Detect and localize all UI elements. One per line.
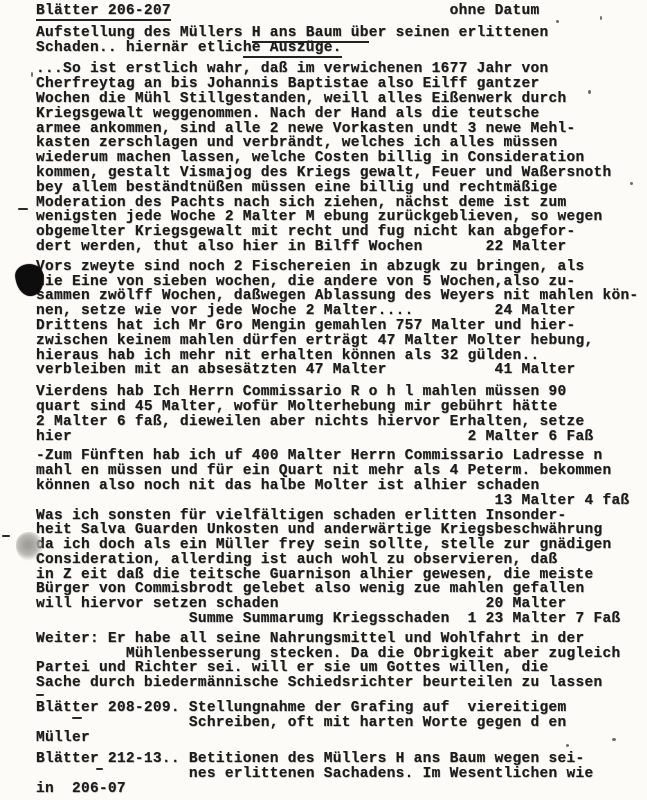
text-segment: dert werden, thut also hier in Bilff Woc… bbox=[36, 239, 567, 255]
text-segment: Schaden.. hiernär etlic bbox=[36, 40, 243, 56]
text-segment: ohne Datum bbox=[450, 3, 540, 19]
text-segment: heit Salva Guarden Unkosten und anderwär… bbox=[36, 522, 602, 538]
text-segment: Summe Summarumg Kriegsschaden 1 23 Malte… bbox=[36, 611, 620, 627]
text-segment: kasten zerschlagen und verbrändt, welche… bbox=[36, 135, 558, 151]
speck bbox=[566, 744, 569, 747]
document-line: obgemelter Kriegsgewalt mit recht und fu… bbox=[36, 225, 647, 240]
document-page: Blätter 206-207 ohne DatumAufstellung de… bbox=[0, 0, 647, 800]
text-segment: will hiervor setzen schaden 20 Malter bbox=[36, 596, 567, 612]
ink-smudge bbox=[16, 532, 43, 561]
document-line: sammen zwölff Wochen, daßwegen Ablassung… bbox=[36, 289, 647, 304]
text-segment bbox=[171, 3, 450, 19]
text-segment: nes erlittenen Sachadens. Im Wesentliche… bbox=[36, 766, 593, 782]
underlined-text: he Auszüge. bbox=[243, 40, 342, 58]
document-line: wiederum machen lassen, welche Costen bi… bbox=[36, 151, 647, 166]
text-segment: Weiter: Er habe all seine Nahrungsmittel… bbox=[36, 631, 584, 647]
document-line: nen, setze wie vor jede Woche 2 Malter..… bbox=[36, 304, 647, 319]
speck bbox=[31, 72, 33, 77]
document-line: in 206-07 bbox=[36, 782, 647, 797]
document-line: Müller bbox=[36, 731, 647, 746]
text-segment: 2 Malter 6 faß, dieweilen aber nichts hi… bbox=[36, 414, 584, 430]
text-segment: bey allem beständtnüßen müssen eine bill… bbox=[36, 180, 558, 196]
text-segment: Kriegsgewalt weggenommen. Nach der Hand … bbox=[36, 106, 540, 122]
text-segment: ...So ist erstlich wahr, daß im verwiche… bbox=[36, 61, 549, 77]
text-segment: Sache durch biedermännische Schiedsricht… bbox=[36, 675, 602, 691]
text-segment: mahl en müssen und für ein Quart nit meh… bbox=[36, 463, 611, 479]
document-line: Drittens hat ich Mr Gro Mengin gemahlen … bbox=[36, 319, 647, 334]
speck bbox=[556, 20, 559, 23]
document-line: 2 Malter 6 faß, dieweilen aber nichts hi… bbox=[36, 415, 647, 430]
document-line: Weiter: Er habe all seine Nahrungsmittel… bbox=[36, 632, 647, 647]
text-segment: hier 2 Malter 6 Faß bbox=[36, 429, 593, 445]
document-line: dert werden, thut also hier in Bilff Woc… bbox=[36, 240, 647, 255]
document-line: Vors zweyte sind noch 2 Fischereien in a… bbox=[36, 260, 647, 275]
stray-dash bbox=[2, 535, 10, 537]
text-segment: Drittens hat ich Mr Gro Mengin gemahlen … bbox=[36, 318, 576, 334]
document-line: zwischen keinem mahlen dürfen erträgt 47… bbox=[36, 334, 647, 349]
text-segment: Blätter 208-209. Stellungnahme der Grafi… bbox=[36, 700, 567, 716]
document-line: mahl en müssen und für ein Quart nit meh… bbox=[36, 464, 647, 479]
speck bbox=[588, 90, 591, 94]
underlined-text: Blätter 206-207 bbox=[36, 3, 171, 21]
document-line: verbleiben mit an absesätzten 47 Malter … bbox=[36, 363, 647, 378]
document-line: -Zum Fünften hab ich uf 400 Malter Herrn… bbox=[36, 449, 647, 464]
document-line: Consideration, allerding ist auch wohl z… bbox=[36, 553, 647, 568]
document-line: kasten zerschlagen und verbrändt, welche… bbox=[36, 136, 647, 151]
text-segment: quart sind 45 Malter, wofür Molterhebung… bbox=[36, 399, 558, 415]
document-line: ...So ist erstlich wahr, daß im verwiche… bbox=[36, 62, 647, 77]
document-line: Cherfreytag an bis Johannis Baptistae al… bbox=[36, 77, 647, 92]
document-line: bey allem beständtnüßen müssen eine bill… bbox=[36, 181, 647, 196]
document-line: will hiervor setzen schaden 20 Malter bbox=[36, 597, 647, 612]
document-line: Blätter 206-207 ohne Datum bbox=[36, 4, 647, 19]
document-line: 13 Malter 4 faß bbox=[36, 494, 647, 509]
text-segment: Schreiben, oft mit harten Worte gegen d … bbox=[36, 715, 567, 731]
stray-dash bbox=[96, 768, 103, 770]
document-line: Schaden.. hiernär etliche Auszüge. bbox=[36, 41, 647, 56]
text-segment: zwischen keinem mahlen dürfen erträgt 47… bbox=[36, 333, 593, 349]
text-segment: da ich doch als ein Müller frey sein sol… bbox=[36, 537, 611, 553]
text-segment: -Zum Fünften hab ich uf 400 Malter Herrn… bbox=[36, 448, 602, 464]
document-line: heit Salva Guarden Unkosten und anderwär… bbox=[36, 523, 647, 538]
text-segment: er seinen erlittenen bbox=[369, 25, 549, 41]
document-line: Vierdens hab Ich Herrn Commissario R o h… bbox=[36, 385, 647, 400]
document-line: kommen, gestalt Vismajog des Kriegs gewa… bbox=[36, 166, 647, 181]
text-segment: Aufstellung des Müllers bbox=[36, 25, 252, 41]
text-segment: sammen zwölff Wochen, daßwegen Ablassung… bbox=[36, 288, 638, 304]
text-segment: wiederum machen lassen, welche Costen bi… bbox=[36, 150, 584, 166]
document-line: Schreiben, oft mit harten Worte gegen d … bbox=[36, 716, 647, 731]
document-line: können also noch nit das halbe Molter is… bbox=[36, 479, 647, 494]
document-line: Summe Summarumg Kriegsschaden 1 23 Malte… bbox=[36, 612, 647, 627]
typewritten-text-block: Blätter 206-207 ohne DatumAufstellung de… bbox=[36, 4, 647, 797]
text-segment: Cherfreytag an bis Johannis Baptistae al… bbox=[36, 76, 540, 92]
text-segment: wenigsten jede Woche 2 Malter M ebung zu… bbox=[36, 209, 602, 225]
stray-dash bbox=[36, 694, 44, 696]
document-line: nes erlittenen Sachadens. Im Wesentliche… bbox=[36, 767, 647, 782]
text-segment: kommen, gestalt Vismajog des Kriegs gewa… bbox=[36, 165, 611, 181]
document-line: Wochen die Mühl Stillgestanden, weill al… bbox=[36, 92, 647, 107]
text-segment: verbleiben mit an absesätzten 47 Malter … bbox=[36, 362, 576, 378]
document-line: Sache durch biedermännische Schiedsricht… bbox=[36, 676, 647, 691]
document-line: wenigsten jede Woche 2 Malter M ebung zu… bbox=[36, 210, 647, 225]
document-line: Blätter 208-209. Stellungnahme der Grafi… bbox=[36, 701, 647, 716]
text-segment: obgemelter Kriegsgewalt mit recht und fu… bbox=[36, 224, 576, 240]
text-segment: Wochen die Mühl Stillgestanden, weill al… bbox=[36, 91, 567, 107]
text-segment: in 206-07 bbox=[36, 781, 126, 797]
speck bbox=[630, 182, 633, 185]
document-line: quart sind 45 Malter, wofür Molterhebung… bbox=[36, 400, 647, 415]
text-segment: nen, setze wie vor jede Woche 2 Malter..… bbox=[36, 303, 576, 319]
stray-dash bbox=[72, 717, 82, 719]
text-segment: Consideration, allerding ist auch wohl z… bbox=[36, 552, 558, 568]
text-segment: Vierdens hab Ich Herrn Commissario R o h… bbox=[36, 384, 567, 400]
speck bbox=[600, 16, 602, 20]
document-line: hier 2 Malter 6 Faß bbox=[36, 430, 647, 445]
text-segment: Vors zweyte sind noch 2 Fischereien in a… bbox=[36, 259, 584, 275]
stray-dash bbox=[18, 208, 28, 210]
text-segment: Müller bbox=[36, 730, 90, 746]
document-line: Aufstellung des Müllers H ans Baum über … bbox=[36, 26, 647, 41]
document-line: Kriegsgewalt weggenommen. Nach der Hand … bbox=[36, 107, 647, 122]
text-segment: können also noch nit das halbe Molter is… bbox=[36, 478, 540, 494]
speck bbox=[612, 738, 616, 741]
text-segment: 13 Malter 4 faß bbox=[36, 493, 629, 509]
document-line: da ich doch als ein Müller frey sein sol… bbox=[36, 538, 647, 553]
